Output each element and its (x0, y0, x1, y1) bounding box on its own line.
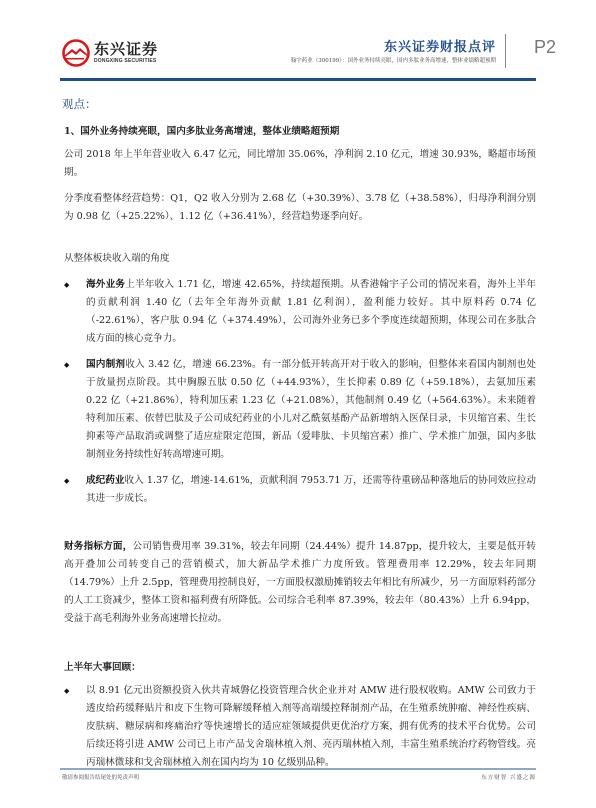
dongxing-logo-icon (62, 39, 90, 67)
report-type-title: 东兴证券财报点评 (384, 36, 496, 55)
list-item-chengji: ◆ 成纪药业收入 1.37 亿，增速-14.61%，贡献利润 7953.71 万… (64, 472, 536, 508)
events-heading: 上半年大事回顾： (64, 658, 536, 678)
bullet-lead: 成纪药业 (86, 475, 125, 486)
header-divider (505, 34, 506, 68)
paragraph-financial: 财务指标方面，公司销售费用率 39.31%，较去年同期（24.44%）提升 14… (64, 538, 536, 628)
diamond-bullet-icon: ◆ (64, 476, 69, 486)
list-item-domestic: ◆ 国内制剂收入 3.42 亿，增速 66.23%。有一部分低开转高开对于收入的… (64, 356, 536, 464)
logo-english-name: DONGXING SECURITIES (94, 58, 158, 65)
page-number: P2 (534, 37, 556, 58)
list-item-event: ◆ 以 8.91 亿元出资额投资入伙共青城磐亿投资管理合伙企业并对 AMW 进行… (64, 682, 536, 772)
report-body: 观点： 1、国外业务持续亮眼，国内多肽业务高增速，整体业绩略超预期 公司 201… (64, 96, 536, 772)
diamond-bullet-icon: ◆ (64, 686, 69, 696)
diamond-bullet-icon: ◆ (64, 280, 69, 290)
logo-chinese-name: 东兴证券 (94, 41, 158, 58)
event-text: 以 8.91 亿元出资额投资入伙共青城磐亿投资管理合伙企业并对 AMW 进行股权… (86, 682, 536, 772)
section-heading: 1、国外业务持续亮眼，国内多肽业务高增速，整体业绩略超预期 (64, 122, 536, 142)
report-subtitle: 翰宇药业（300199）：国外业务持续亮眼，国内多肽业务高增速，整体业绩略超预期 (291, 56, 496, 64)
bullet-lead: 国内制剂 (86, 359, 125, 370)
financial-text: 公司销售费用率 39.31%，较去年同期（24.44%）提升 14.87pp，提… (64, 541, 536, 624)
footer-slogan: 东方财智 兴盛之源 (481, 773, 536, 781)
page-header: 东兴证券 DONGXING SECURITIES 东兴证券财报点评 翰宇药业（3… (60, 36, 558, 76)
list-item-overseas: ◆ 海外业务上半年收入 1.71 亿，增速 42.65%，持续超预期。从香港翰宇… (64, 276, 536, 348)
viewpoint-label: 观点： (62, 96, 536, 112)
diamond-bullet-icon: ◆ (64, 360, 69, 370)
paragraph-quarterly: 分季度看整体经营趋势：Q1，Q2 收入分别为 2.68 亿（+30.39%）、3… (64, 190, 536, 226)
footer-rule (60, 768, 536, 770)
header-rule (60, 78, 536, 81)
bullet-lead: 海外业务 (86, 279, 125, 290)
paragraph-summary: 公司 2018 年上半年营业收入 6.47 亿元，同比增加 35.06%，净利润… (64, 146, 536, 182)
company-logo: 东兴证券 DONGXING SECURITIES (62, 38, 182, 68)
segments-intro: 从整体板块收入端的角度 (64, 250, 536, 268)
bullet-text: 上半年收入 1.71 亿，增速 42.65%，持续超预期。从香港翰宇子公司的情况… (86, 279, 536, 344)
disclaimer-note: 敬请参阅报告结尾处的免责声明 (62, 773, 139, 781)
bullet-text: 收入 3.42 亿，增速 66.23%。有一部分低开转高开对于收入的影响，但整体… (86, 359, 536, 460)
financial-lead: 财务指标方面， (64, 541, 133, 552)
bullet-text: 收入 1.37 亿，增速-14.61%，贡献利润 7953.71 万，还需等待重… (86, 475, 536, 504)
